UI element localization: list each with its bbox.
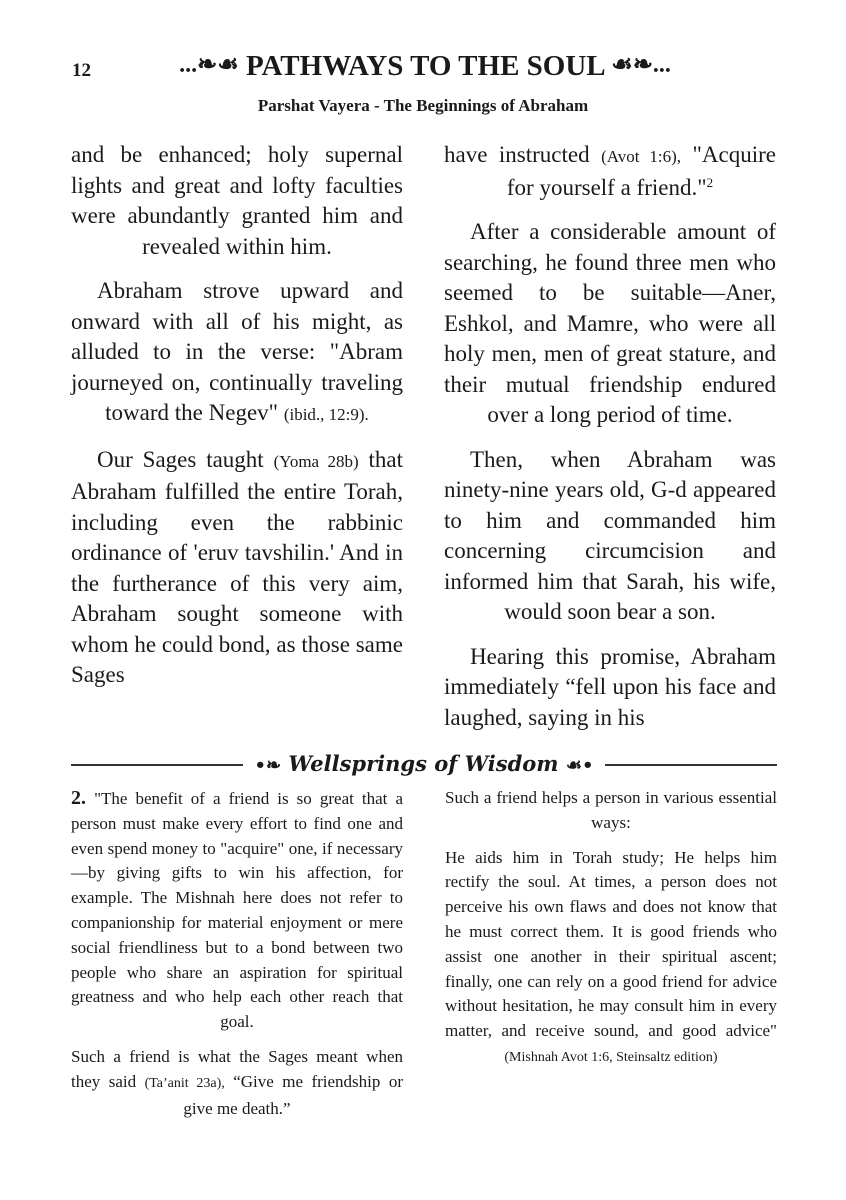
paragraph: Abraham strove upward and onward with al… <box>71 276 403 431</box>
footnote-text: He aids him in Torah study; He helps him… <box>445 848 777 1041</box>
paragraph-text: Abraham strove upward and onward with al… <box>71 278 403 425</box>
paragraph: Our Sages taught (Yoma 28b) that Abraham… <box>71 445 403 691</box>
ornament-right-icon: ☙❧... <box>611 52 671 78</box>
paragraph-text: have instructed <box>444 142 590 167</box>
citation: (Yoma 28b) <box>274 452 359 471</box>
footnote-paragraph: He aids him in Torah study; He helps him… <box>445 846 777 1071</box>
ornament-left-icon: •❧ <box>255 755 282 776</box>
paragraph: After a considerable amount of searching… <box>444 217 776 431</box>
chapter-subtitle: Parshat Vayera - The Beginnings of Abrah… <box>0 96 846 116</box>
book-title: PATHWAYS TO THE SOUL <box>246 50 604 82</box>
footnote-paragraph: Such a friend helps a person in various … <box>445 786 777 836</box>
footnote-number: 2. <box>71 787 86 809</box>
notes-column-left: 2. "The benefit of a friend is so great … <box>71 786 403 1131</box>
notes-section-title: •❧ Wellsprings of Wisdom ☙• <box>71 751 777 776</box>
paragraph: Hearing this promise, Abraham immediatel… <box>444 642 776 734</box>
footnote-marker[interactable]: 2 <box>707 175 714 190</box>
citation: (Avot 1:6), <box>601 147 681 166</box>
page-number: 12 <box>72 60 91 82</box>
ornament-left-icon: ...❧☙ <box>179 52 239 78</box>
footnote-paragraph: 2. "The benefit of a friend is so great … <box>71 786 403 1035</box>
paragraph: and be enhanced; holy supernal lights an… <box>71 140 403 262</box>
footnote-text: "The benefit of a friend is so great tha… <box>71 789 403 1031</box>
notes-column-right: Such a friend helps a person in various … <box>445 786 777 1131</box>
notes-divider: •❧ Wellsprings of Wisdom ☙• <box>71 752 777 778</box>
citation: (Mishnah Avot 1:6, Steinsaltz edition) <box>504 1050 717 1065</box>
running-head: ...❧☙ PATHWAYS TO THE SOUL ☙❧... <box>130 50 720 83</box>
main-column-left: and be enhanced; holy supernal lights an… <box>71 140 403 747</box>
citation: (ibid., 12:9). <box>284 405 369 424</box>
citation: (Ta’anit 23a), <box>145 1076 225 1091</box>
paragraph: Then, when Abraham was ninety-nine years… <box>444 445 776 628</box>
main-column-right: have instructed (Avot 1:6), "Acquire for… <box>444 140 776 747</box>
footnote-paragraph: Such a friend is what the Sages meant wh… <box>71 1045 403 1121</box>
paragraph-text: that Abraham fulfilled the entire Torah,… <box>71 447 403 688</box>
footnotes: 2. "The benefit of a friend is so great … <box>71 786 777 1131</box>
paragraph: have instructed (Avot 1:6), "Acquire for… <box>444 140 776 203</box>
ornament-right-icon: ☙• <box>566 755 594 776</box>
notes-title-text: Wellsprings of Wisdom <box>288 751 558 776</box>
paragraph-text: Our Sages taught <box>97 447 264 472</box>
main-text: and be enhanced; holy supernal lights an… <box>71 140 776 747</box>
